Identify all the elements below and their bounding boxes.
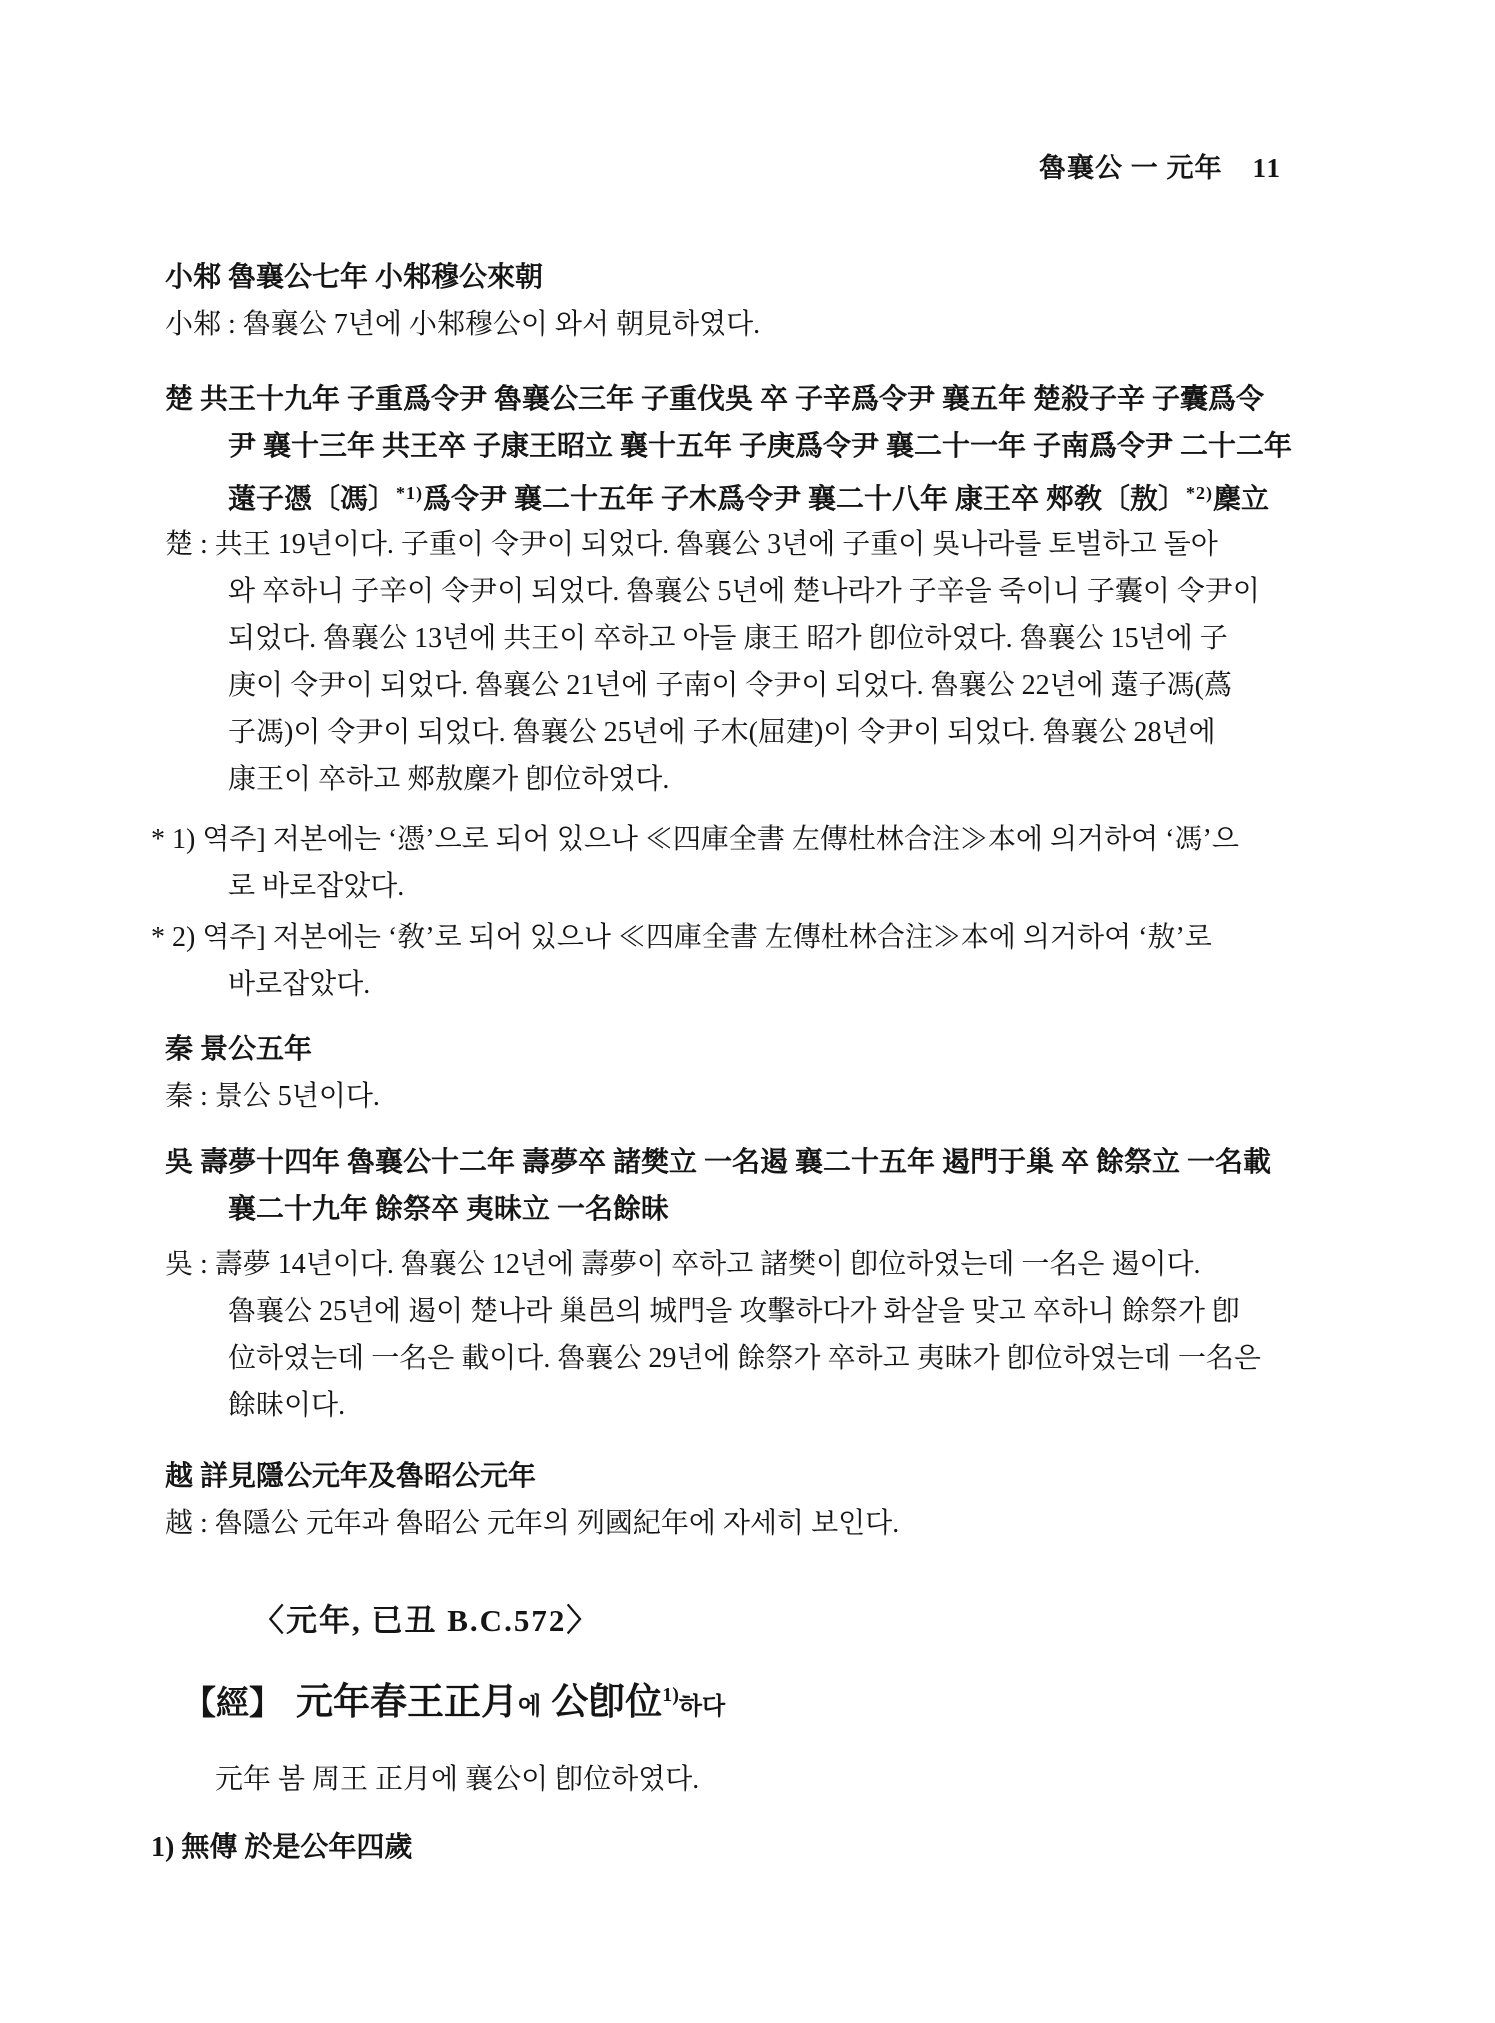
- translation-line: 小邾 : 魯襄公 7년에 小邾穆公이 와서 朝見하였다.: [165, 301, 760, 348]
- page-number: 11: [1252, 153, 1282, 183]
- entry-qin: 秦 景公五年 秦 : 景公 5년이다.: [165, 1026, 380, 1120]
- translation-line: 와 卒하니 子辛이 令尹이 되었다. 魯襄公 5년에 楚나라가 子辛을 죽이니 …: [165, 568, 1260, 615]
- document-page: 魯襄公 一 元年11 小邾 魯襄公七年 小邾穆公來朝 小邾 : 魯襄公 7년에 …: [0, 0, 1495, 2023]
- source-text-segment: 薳子憑〔馮〕: [228, 484, 396, 515]
- translation-line: 庚이 令尹이 되었다. 魯襄公 21년에 子南이 令尹이 되었다. 魯襄公 22…: [165, 662, 1260, 709]
- header-title: 魯襄公 一 元年: [1039, 153, 1223, 183]
- entry-yue: 越 詳見隱公元年及魯昭公元年 越 : 魯隱公 元年과 魯昭公 元年의 列國紀年에…: [165, 1453, 899, 1547]
- source-text-line: 吳 壽夢十四年 魯襄公十二年 壽夢卒 諸樊立 一名遏 襄二十五年 遏門于巢 卒 …: [165, 1139, 1271, 1186]
- source-text-line: 秦 景公五年: [165, 1026, 380, 1073]
- translation-line: 越 : 魯隱公 元年과 魯昭公 元年의 列國紀年에 자세히 보인다.: [165, 1500, 899, 1547]
- translation-line: 楚 : 共王 19년이다. 子重이 令尹이 되었다. 魯襄公 3년에 子重이 吳…: [165, 521, 1260, 568]
- translation-line: 되었다. 魯襄公 13년에 共王이 卒하고 아들 康王 昭가 卽位하였다. 魯襄…: [165, 615, 1260, 662]
- entry-chu-translation: 楚 : 共王 19년이다. 子重이 令尹이 되었다. 魯襄公 3년에 子重이 吳…: [165, 521, 1260, 803]
- note-marker-1: *1): [396, 483, 423, 503]
- year-heading: 〈元年, 已丑 B.C.572〉: [253, 1595, 599, 1640]
- note-line: * 2) 역주] 저본에는 ‘敎’로 되어 있으나 ≪四庫全書 左傳杜林合注≫本…: [151, 914, 1212, 961]
- entry-xiaozhu: 小邾 魯襄公七年 小邾穆公來朝 小邾 : 魯襄公 7년에 小邾穆公이 와서 朝見…: [165, 254, 760, 348]
- jing-bracket-label: 【經】: [183, 1686, 282, 1722]
- jing-entry-line: 【經】元年春王正月에公卽位1)하다: [183, 1666, 725, 1724]
- entry-chu-source: 楚 共王十九年 子重爲令尹 魯襄公三年 子重伐吳 卒 子辛爲令尹 襄五年 楚殺子…: [165, 376, 1292, 517]
- translator-note-1: * 1) 역주] 저본에는 ‘憑’으로 되어 있으나 ≪四庫全書 左傳杜林合注≫…: [151, 816, 1239, 910]
- jing-text-segment: 公卽位: [551, 1682, 662, 1723]
- translation-line: 秦 : 景公 5년이다.: [165, 1073, 380, 1120]
- entry-wu-translation: 吳 : 壽夢 14년이다. 魯襄公 12년에 壽夢이 卒하고 諸樊이 卽位하였는…: [165, 1241, 1261, 1429]
- translation-line: 餘昧이다.: [165, 1382, 1261, 1429]
- source-text-line: 襄二十九年 餘祭卒 夷昧立 一名餘昧: [165, 1186, 1271, 1233]
- entry-wu-source: 吳 壽夢十四年 魯襄公十二年 壽夢卒 諸樊立 一名遏 襄二十五年 遏門于巢 卒 …: [165, 1139, 1271, 1233]
- translation-line: 位하였는데 一名은 載이다. 魯襄公 29년에 餘祭가 卒하고 夷昧가 卽位하였…: [165, 1335, 1261, 1382]
- jing-translation-line: 元年 봄 周王 正月에 襄公이 卽位하였다.: [215, 1756, 699, 1803]
- source-text-line: 小邾 魯襄公七年 小邾穆公來朝: [165, 254, 760, 301]
- note-line: * 1) 역주] 저본에는 ‘憑’으로 되어 있으나 ≪四庫全書 左傳杜林合注≫…: [151, 816, 1239, 863]
- translation-line: 吳 : 壽夢 14년이다. 魯襄公 12년에 壽夢이 卒하고 諸樊이 卽位하였는…: [165, 1241, 1261, 1288]
- jing-text-segment: 元年春王正月: [296, 1682, 518, 1723]
- source-text-segment: 麇立: [1213, 484, 1269, 515]
- note-marker-2: *2): [1186, 483, 1213, 503]
- source-text-line: 薳子憑〔馮〕*1)爲令尹 襄二十五年 子木爲令尹 襄二十八年 康王卒 郟敎〔敖〕…: [165, 470, 1292, 517]
- source-text-line: 尹 襄十三年 共王卒 子康王昭立 襄十五年 子庚爲令尹 襄二十一年 子南爲令尹 …: [165, 423, 1292, 470]
- jing-korean-particle: 하다: [679, 1694, 725, 1720]
- note-line: 로 바로잡았다.: [151, 863, 1239, 910]
- translation-line: 子馮)이 令尹이 되었다. 魯襄公 25년에 子木(屈建)이 令尹이 되었다. …: [165, 709, 1260, 756]
- translator-note-2: * 2) 역주] 저본에는 ‘敎’로 되어 있으나 ≪四庫全書 左傳杜林合注≫本…: [151, 914, 1212, 1008]
- jing-korean-particle: 에: [518, 1694, 541, 1720]
- source-text-segment: 爲令尹 襄二十五年 子木爲令尹 襄二十八年 康王卒 郟敎〔敖〕: [423, 484, 1186, 515]
- running-header: 魯襄公 一 元年11: [0, 146, 1282, 185]
- footnote-1: 1) 無傳 於是公年四歲: [151, 1824, 412, 1871]
- translation-line: 魯襄公 25년에 遏이 楚나라 巢邑의 城門을 攻擊하다가 화살을 맞고 卒하니…: [165, 1288, 1261, 1335]
- note-line: 바로잡았다.: [151, 961, 1212, 1008]
- footnote-marker: 1): [662, 1684, 679, 1706]
- translation-line: 康王이 卒하고 郟敖麇가 卽位하였다.: [165, 756, 1260, 803]
- source-text-line: 越 詳見隱公元年及魯昭公元年: [165, 1453, 899, 1500]
- source-text-line: 楚 共王十九年 子重爲令尹 魯襄公三年 子重伐吳 卒 子辛爲令尹 襄五年 楚殺子…: [165, 376, 1292, 423]
